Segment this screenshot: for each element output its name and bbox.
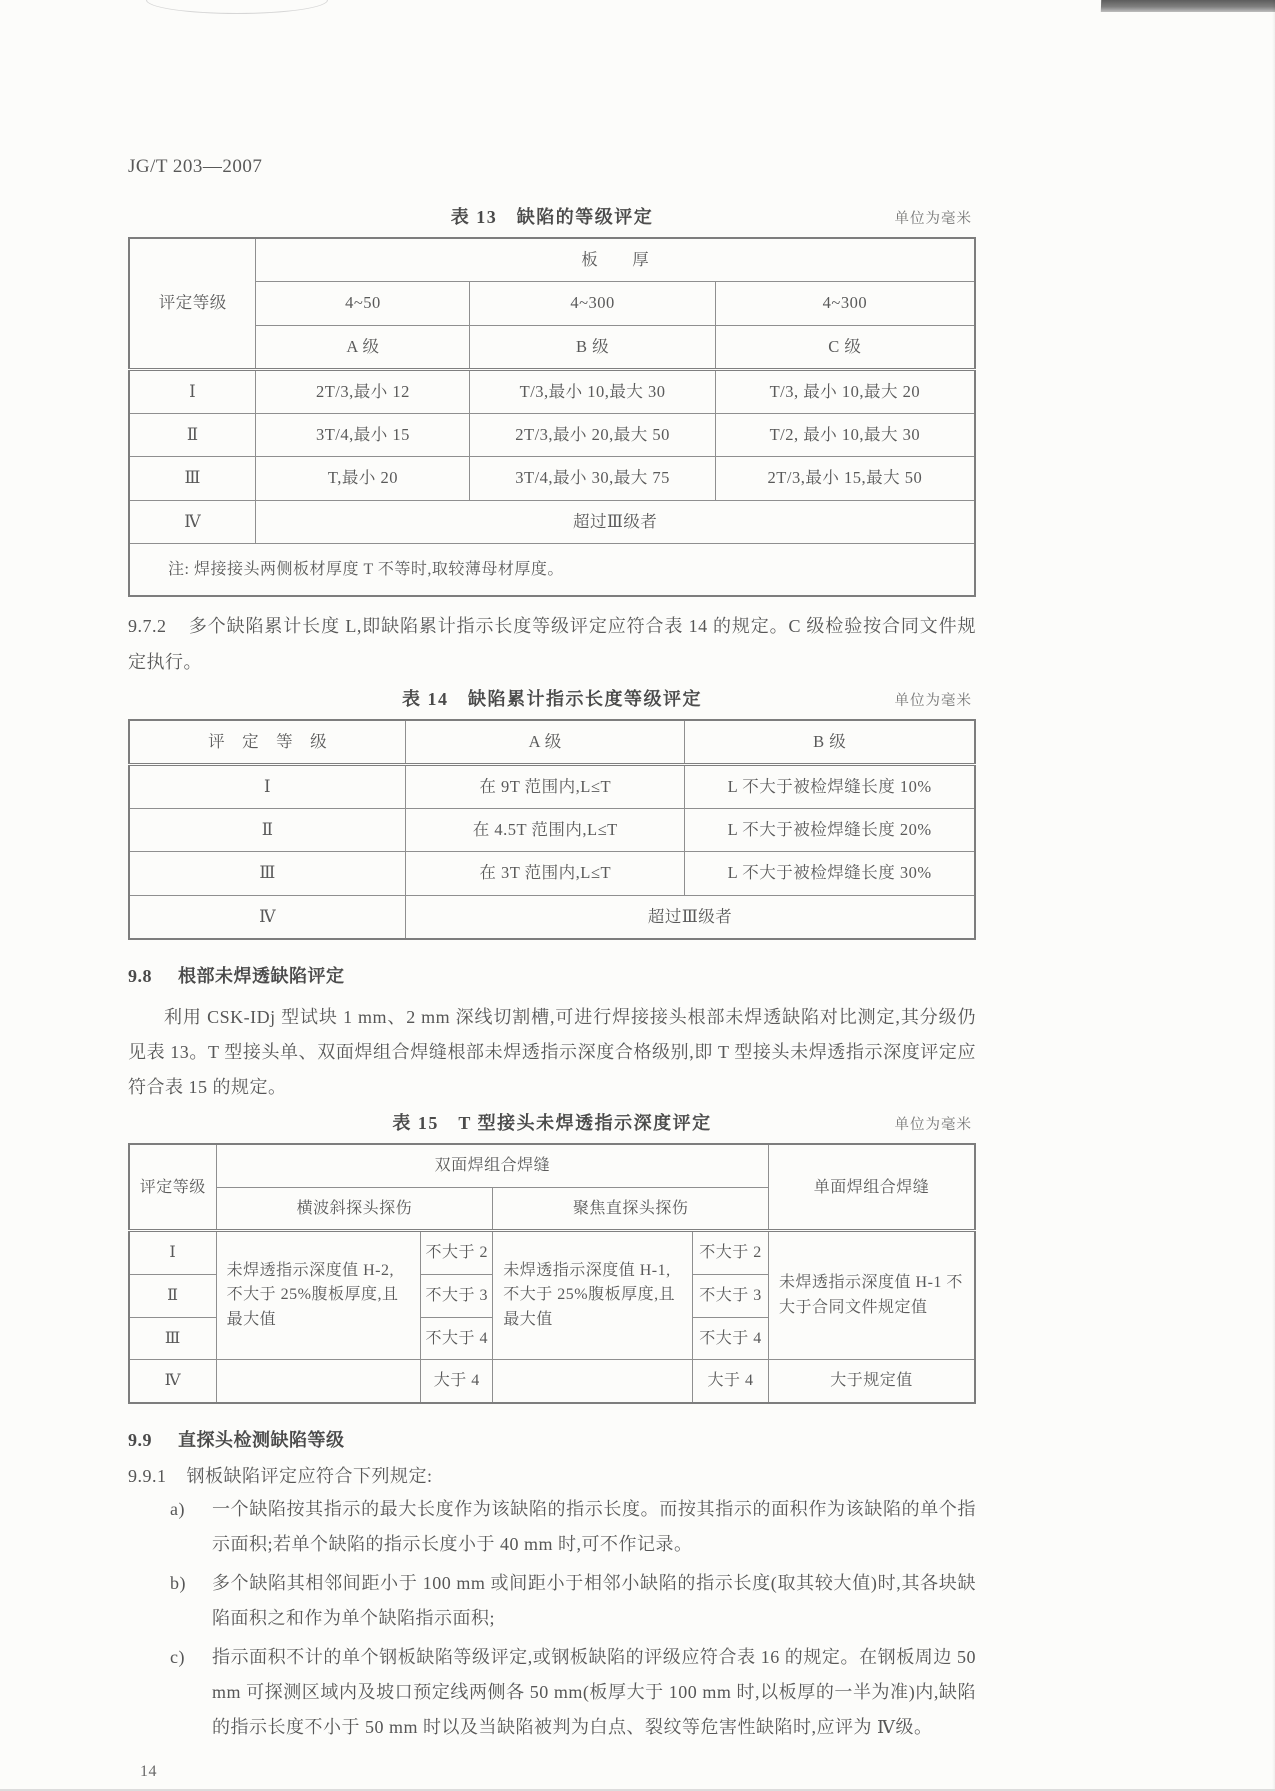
table13-caption-row: 表 13 缺陷的等级评定 单位为毫米 [128, 203, 976, 229]
clause-number: 9.9.1 [128, 1466, 167, 1486]
level-cell: Ⅱ [129, 414, 256, 457]
level-cell: Ⅳ [129, 500, 256, 543]
grade-label-cell: A 级 [406, 720, 685, 765]
page-number: 14 [140, 1763, 976, 1781]
clause-number: 9.7.2 [128, 616, 167, 636]
value-cell: 2T/3,最小 20,最大 50 [470, 414, 715, 457]
value-cell: 大于 4 [692, 1360, 768, 1403]
level-cell: Ⅰ [129, 764, 406, 808]
table14-caption: 表 14 缺陷累计指示长度等级评定 [402, 689, 702, 709]
level-cell: Ⅱ [129, 1275, 216, 1318]
level-cell: Ⅱ [129, 809, 406, 852]
range-cell: 4~300 [715, 282, 975, 325]
table13-unit-label: 单位为毫米 [895, 207, 973, 228]
table-row: A 级 B 级 C 级 [129, 325, 975, 369]
value-cell: L 不大于被检焊缝长度 20% [685, 809, 975, 852]
thickness-header-cell: 板 厚 [256, 238, 975, 282]
sub-header-cell: 聚焦直探头探伤 [493, 1187, 769, 1231]
table-14-cumulative-length-grading: 评 定 等 级 A 级 B 级 Ⅰ 在 9T 范围内,L≤T L 不大于被检焊缝… [128, 719, 976, 940]
table15-unit-label: 单位为毫米 [895, 1113, 973, 1134]
section-9-9-heading: 9.9直探头检测缺陷等级 [128, 1426, 976, 1452]
grade-label-cell: A 级 [256, 325, 470, 369]
grade-header-cell: 评定等级 [129, 238, 256, 369]
focus-probe-desc-cell: 未焊透指示深度值 H-1,不大于 25%腹板厚度,且最大值 [493, 1231, 693, 1360]
clause-9-9-1: 9.9.1钢板缺陷评定应符合下列规定: [128, 1462, 976, 1488]
table-row: Ⅰ 在 9T 范围内,L≤T L 不大于被检焊缝长度 10% [129, 764, 975, 808]
section-9-8-heading: 9.8根部未焊透缺陷评定 [128, 962, 976, 988]
table-note: 注: 焊接接头两侧板材厚度 T 不等时,取较薄母材厚度。 [129, 543, 975, 596]
single-weld-desc-cell: 未焊透指示深度值 H-1 不大于合同文件规定值 [769, 1231, 975, 1360]
list-item-label: a) [170, 1492, 185, 1527]
level-cell: Ⅲ [129, 1317, 216, 1360]
list-item-label: b) [170, 1566, 186, 1601]
value-cell: 2T/3,最小 15,最大 50 [715, 457, 975, 500]
value-cell: 不大于 4 [421, 1317, 493, 1360]
table-13-defect-grading: 评定等级 板 厚 4~50 4~300 4~300 A 级 B 级 C 级 Ⅰ … [128, 237, 976, 597]
table-row: 评 定 等 级 A 级 B 级 [129, 720, 975, 765]
standard-code: JG/T 203—2007 [128, 156, 976, 178]
value-cell: 在 4.5T 范围内,L≤T [406, 809, 685, 852]
table-row: Ⅱ 3T/4,最小 15 2T/3,最小 20,最大 50 T/2, 最小 10… [129, 414, 975, 457]
range-cell: 4~50 [256, 282, 470, 325]
list-item-text: 指示面积不计的单个钢板缺陷等级评定,或钢板缺陷的评级应符合表 16 的规定。在钢… [212, 1647, 976, 1737]
grade-header-cell: 评定等级 [129, 1144, 216, 1231]
table-row: Ⅳ 超过Ⅲ级者 [129, 895, 975, 939]
grade-header-cell: 评 定 等 级 [129, 720, 406, 765]
table-row: Ⅱ 在 4.5T 范围内,L≤T L 不大于被检焊缝长度 20% [129, 809, 975, 852]
value-cell: 不大于 2 [692, 1231, 768, 1275]
table-row: 评定等级 双面焊组合焊缝 单面焊组合焊缝 [129, 1144, 975, 1187]
list-item-label: c) [170, 1640, 185, 1675]
value-cell: 超过Ⅲ级者 [256, 500, 975, 543]
table-row: Ⅲ 在 3T 范围内,L≤T L 不大于被检焊缝长度 30% [129, 852, 975, 895]
table-15-t-joint-depth-grading: 评定等级 双面焊组合焊缝 单面焊组合焊缝 横波斜探头探伤 聚焦直探头探伤 Ⅰ 未… [128, 1143, 976, 1404]
value-cell: 不大于 3 [692, 1275, 768, 1318]
value-cell: 不大于 4 [692, 1317, 768, 1360]
clause-text: 多个缺陷累计长度 L,即缺陷累计指示长度等级评定应符合表 14 的规定。C 级检… [128, 616, 976, 671]
list-item-text: 多个缺陷其相邻间距小于 100 mm 或间距小于相邻小缺陷的指示长度(取其较大值… [212, 1573, 976, 1628]
level-cell: Ⅰ [129, 369, 256, 413]
table-row: Ⅳ 大于 4 大于 4 大于规定值 [129, 1360, 975, 1403]
value-cell: 超过Ⅲ级者 [406, 895, 975, 939]
scan-artifact-curve [146, 0, 328, 14]
level-cell: Ⅳ [129, 1360, 216, 1403]
value-cell: T,最小 20 [256, 457, 470, 500]
table13-caption: 表 13 缺陷的等级评定 [451, 207, 654, 227]
scan-artifact-bar [1101, 0, 1275, 12]
table-row: Ⅳ 超过Ⅲ级者 [129, 500, 975, 543]
table-row: Ⅲ T,最小 20 3T/4,最小 30,最大 75 2T/3,最小 15,最大… [129, 457, 975, 500]
level-cell: Ⅰ [129, 1231, 216, 1275]
empty-cell [216, 1360, 421, 1403]
section-title: 根部未焊透缺陷评定 [178, 966, 345, 986]
table-row: Ⅰ 未焊透指示深度值 H-2,不大于 25%腹板厚度,且最大值 不大于 2 未焊… [129, 1231, 975, 1275]
section-title: 直探头检测缺陷等级 [178, 1430, 345, 1450]
level-cell: Ⅲ [129, 457, 256, 500]
section-number: 9.8 [128, 966, 152, 986]
grade-label-cell: B 级 [470, 325, 715, 369]
table14-unit-label: 单位为毫米 [895, 689, 973, 710]
list-item-b: b) 多个缺陷其相邻间距小于 100 mm 或间距小于相邻小缺陷的指示长度(取其… [128, 1566, 976, 1636]
table14-caption-row: 表 14 缺陷累计指示长度等级评定 单位为毫米 [128, 685, 976, 711]
table-row: 4~50 4~300 4~300 [129, 282, 975, 325]
empty-cell [493, 1360, 693, 1403]
grade-label-cell: C 级 [715, 325, 975, 369]
clause-text: 钢板缺陷评定应符合下列规定: [187, 1466, 433, 1486]
value-cell: 大于规定值 [769, 1360, 975, 1403]
oblique-probe-desc-cell: 未焊透指示深度值 H-2,不大于 25%腹板厚度,且最大值 [216, 1231, 421, 1360]
table-row: 注: 焊接接头两侧板材厚度 T 不等时,取较薄母材厚度。 [129, 543, 975, 596]
list-item-c: c) 指示面积不计的单个钢板缺陷等级评定,或钢板缺陷的评级应符合表 16 的规定… [128, 1640, 976, 1745]
table-row: Ⅰ 2T/3,最小 12 T/3,最小 10,最大 30 T/3, 最小 10,… [129, 369, 975, 413]
sub-header-cell: 横波斜探头探伤 [216, 1187, 493, 1231]
single-weld-header-cell: 单面焊组合焊缝 [769, 1144, 975, 1231]
list-item-text: 一个缺陷按其指示的最大长度作为该缺陷的指示长度。而按其指示的面积作为该缺陷的单个… [212, 1499, 976, 1554]
level-cell: Ⅳ [129, 895, 406, 939]
clause-9-7-2: 9.7.2多个缺陷累计长度 L,即缺陷累计指示长度等级评定应符合表 14 的规定… [128, 609, 976, 679]
value-cell: 不大于 2 [421, 1231, 493, 1275]
list-item-a: a) 一个缺陷按其指示的最大长度作为该缺陷的指示长度。而按其指示的面积作为该缺陷… [128, 1492, 976, 1562]
value-cell: T/3, 最小 10,最大 20 [715, 369, 975, 413]
table15-caption-row: 表 15 T 型接头未焊透指示深度评定 单位为毫米 [128, 1109, 976, 1135]
range-cell: 4~300 [470, 282, 715, 325]
double-weld-header-cell: 双面焊组合焊缝 [216, 1144, 768, 1187]
value-cell: L 不大于被检焊缝长度 30% [685, 852, 975, 895]
value-cell: 在 3T 范围内,L≤T [406, 852, 685, 895]
value-cell: 3T/4,最小 30,最大 75 [470, 457, 715, 500]
grade-label-cell: B 级 [685, 720, 975, 765]
value-cell: 3T/4,最小 15 [256, 414, 470, 457]
section-number: 9.9 [128, 1430, 152, 1450]
level-cell: Ⅲ [129, 852, 406, 895]
section-9-8-paragraph: 利用 CSK-IDj 型试块 1 mm、2 mm 深线切割槽,可进行焊接接头根部… [128, 1000, 976, 1105]
value-cell: 2T/3,最小 12 [256, 369, 470, 413]
value-cell: 在 9T 范围内,L≤T [406, 764, 685, 808]
value-cell: T/3,最小 10,最大 30 [470, 369, 715, 413]
table-row: 评定等级 板 厚 [129, 238, 975, 282]
value-cell: T/2, 最小 10,最大 30 [715, 414, 975, 457]
table15-caption: 表 15 T 型接头未焊透指示深度评定 [392, 1113, 711, 1133]
document-content: JG/T 203—2007 表 13 缺陷的等级评定 单位为毫米 评定等级 板 … [128, 156, 976, 1781]
scanned-document-page: JG/T 203—2007 表 13 缺陷的等级评定 单位为毫米 评定等级 板 … [0, 0, 1275, 1791]
value-cell: L 不大于被检焊缝长度 10% [685, 764, 975, 808]
value-cell: 不大于 3 [421, 1275, 493, 1318]
value-cell: 大于 4 [421, 1360, 493, 1403]
